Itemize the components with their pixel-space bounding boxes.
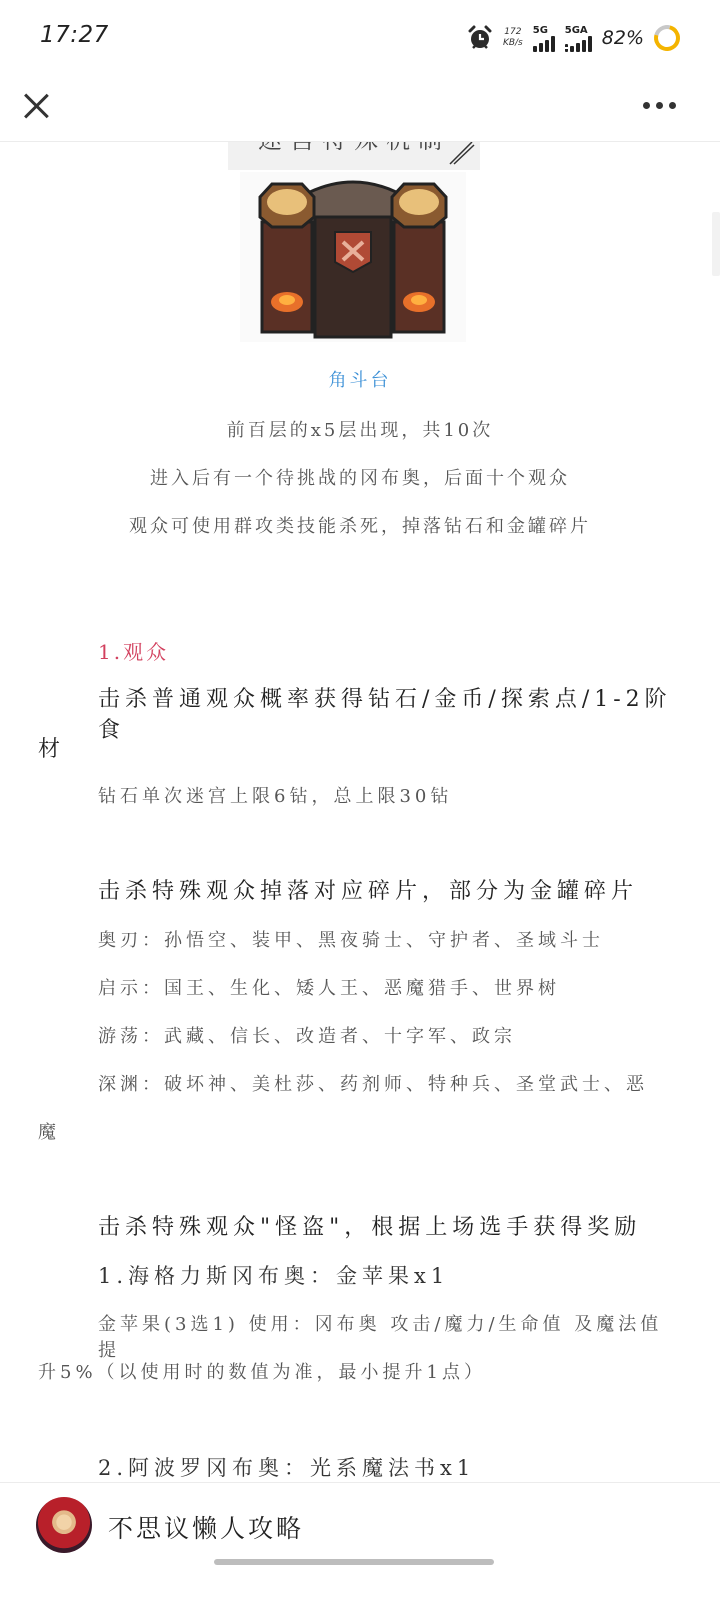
fragment-line: 游荡：武藏、信长、改造者、十字军、政宗 bbox=[98, 1022, 682, 1048]
battery-percent: 82% bbox=[602, 27, 644, 49]
intro-line: 前百层的x5层出现，共10次 bbox=[0, 416, 720, 442]
normal-kill-text: 击杀普通观众概率获得钻石/金币/探索点/1-2阶食 bbox=[98, 682, 682, 744]
intro-line: 进入后有一个待挑战的冈布奥，后面十个观众 bbox=[0, 464, 720, 490]
image-caption: 角斗台 bbox=[0, 366, 720, 392]
author-avatar[interactable] bbox=[36, 1497, 92, 1553]
reward-line: 2.阿波罗冈布奥：光系魔法书x1 bbox=[98, 1452, 682, 1482]
fragment-line: 启示：国王、生化、矮人王、恶魔猎手、世界树 bbox=[98, 974, 682, 1000]
section-heading: 1.观众 bbox=[98, 636, 169, 665]
status-time: 17:27 bbox=[40, 22, 109, 48]
scrollbar[interactable] bbox=[712, 212, 720, 276]
signal-5ga-label: 5GA bbox=[565, 25, 588, 36]
fragment-line: 深渊：破坏神、美杜莎、药剂师、特种兵、圣堂武士、恶 bbox=[98, 1070, 682, 1096]
reward-desc-wrap: 升5%（以使用时的数值为准，最小提升1点） bbox=[38, 1358, 486, 1384]
arena-image[interactable] bbox=[240, 172, 466, 342]
fragment-line: 奥刃：孙悟空、装甲、黑夜骑士、守护者、圣域斗士 bbox=[98, 926, 682, 952]
reward-desc: 金苹果(3选1) 使用：冈布奥 攻击/魔力/生命值 及魔法值 提 bbox=[98, 1310, 682, 1362]
more-options-icon[interactable] bbox=[643, 102, 676, 109]
alarm-clock-icon bbox=[467, 25, 493, 51]
close-icon[interactable] bbox=[20, 89, 52, 121]
top-nav-bar bbox=[0, 72, 720, 142]
top-caption-text: 迷宫特殊机制 bbox=[258, 142, 450, 155]
special-kill-title: 击杀特殊观众掉落对应碎片，部分为金罐碎片 bbox=[98, 874, 682, 905]
intro-line: 观众可使用群攻类技能杀死，掉落钻石和金罐碎片 bbox=[0, 512, 720, 538]
signal-5g-label: 5G bbox=[533, 25, 548, 36]
fragment-line-wrap: 魔 bbox=[38, 1118, 60, 1144]
author-footer[interactable]: 不思议懒人攻略 bbox=[0, 1482, 720, 1600]
signal-bars-icon bbox=[565, 36, 592, 52]
signal-5g: 5G bbox=[533, 25, 555, 52]
normal-kill-text-wrap: 材 bbox=[38, 732, 60, 763]
edit-slash-icon bbox=[446, 142, 476, 166]
signal-bars-icon bbox=[533, 36, 555, 52]
status-bar: 17:27 172 KB/s 5G 5GA bbox=[0, 0, 720, 72]
article-content[interactable]: 迷宫特殊机制 角斗台 前百层的x5层出现，共10次 bbox=[0, 142, 720, 1482]
battery-ring-icon bbox=[649, 20, 685, 56]
home-indicator[interactable] bbox=[214, 1559, 494, 1565]
network-speed: 172 KB/s bbox=[503, 27, 523, 49]
diamond-limit-text: 钻石单次迷宫上限6钻，总上限30钻 bbox=[98, 782, 682, 808]
reward-line: 1.海格力斯冈布奥：金苹果x1 bbox=[98, 1260, 682, 1290]
signal-5ga: 5GA bbox=[565, 25, 592, 52]
top-image-caption-partial: 迷宫特殊机制 bbox=[228, 142, 480, 170]
status-icons: 172 KB/s 5G 5GA 82% bbox=[467, 20, 680, 56]
author-name[interactable]: 不思议懒人攻略 bbox=[108, 1509, 304, 1545]
network-speed-unit: KB/s bbox=[503, 38, 523, 49]
thief-title: 击杀特殊观众"怪盗"，根据上场选手获得奖励 bbox=[98, 1210, 682, 1241]
network-speed-value: 172 bbox=[503, 27, 523, 38]
